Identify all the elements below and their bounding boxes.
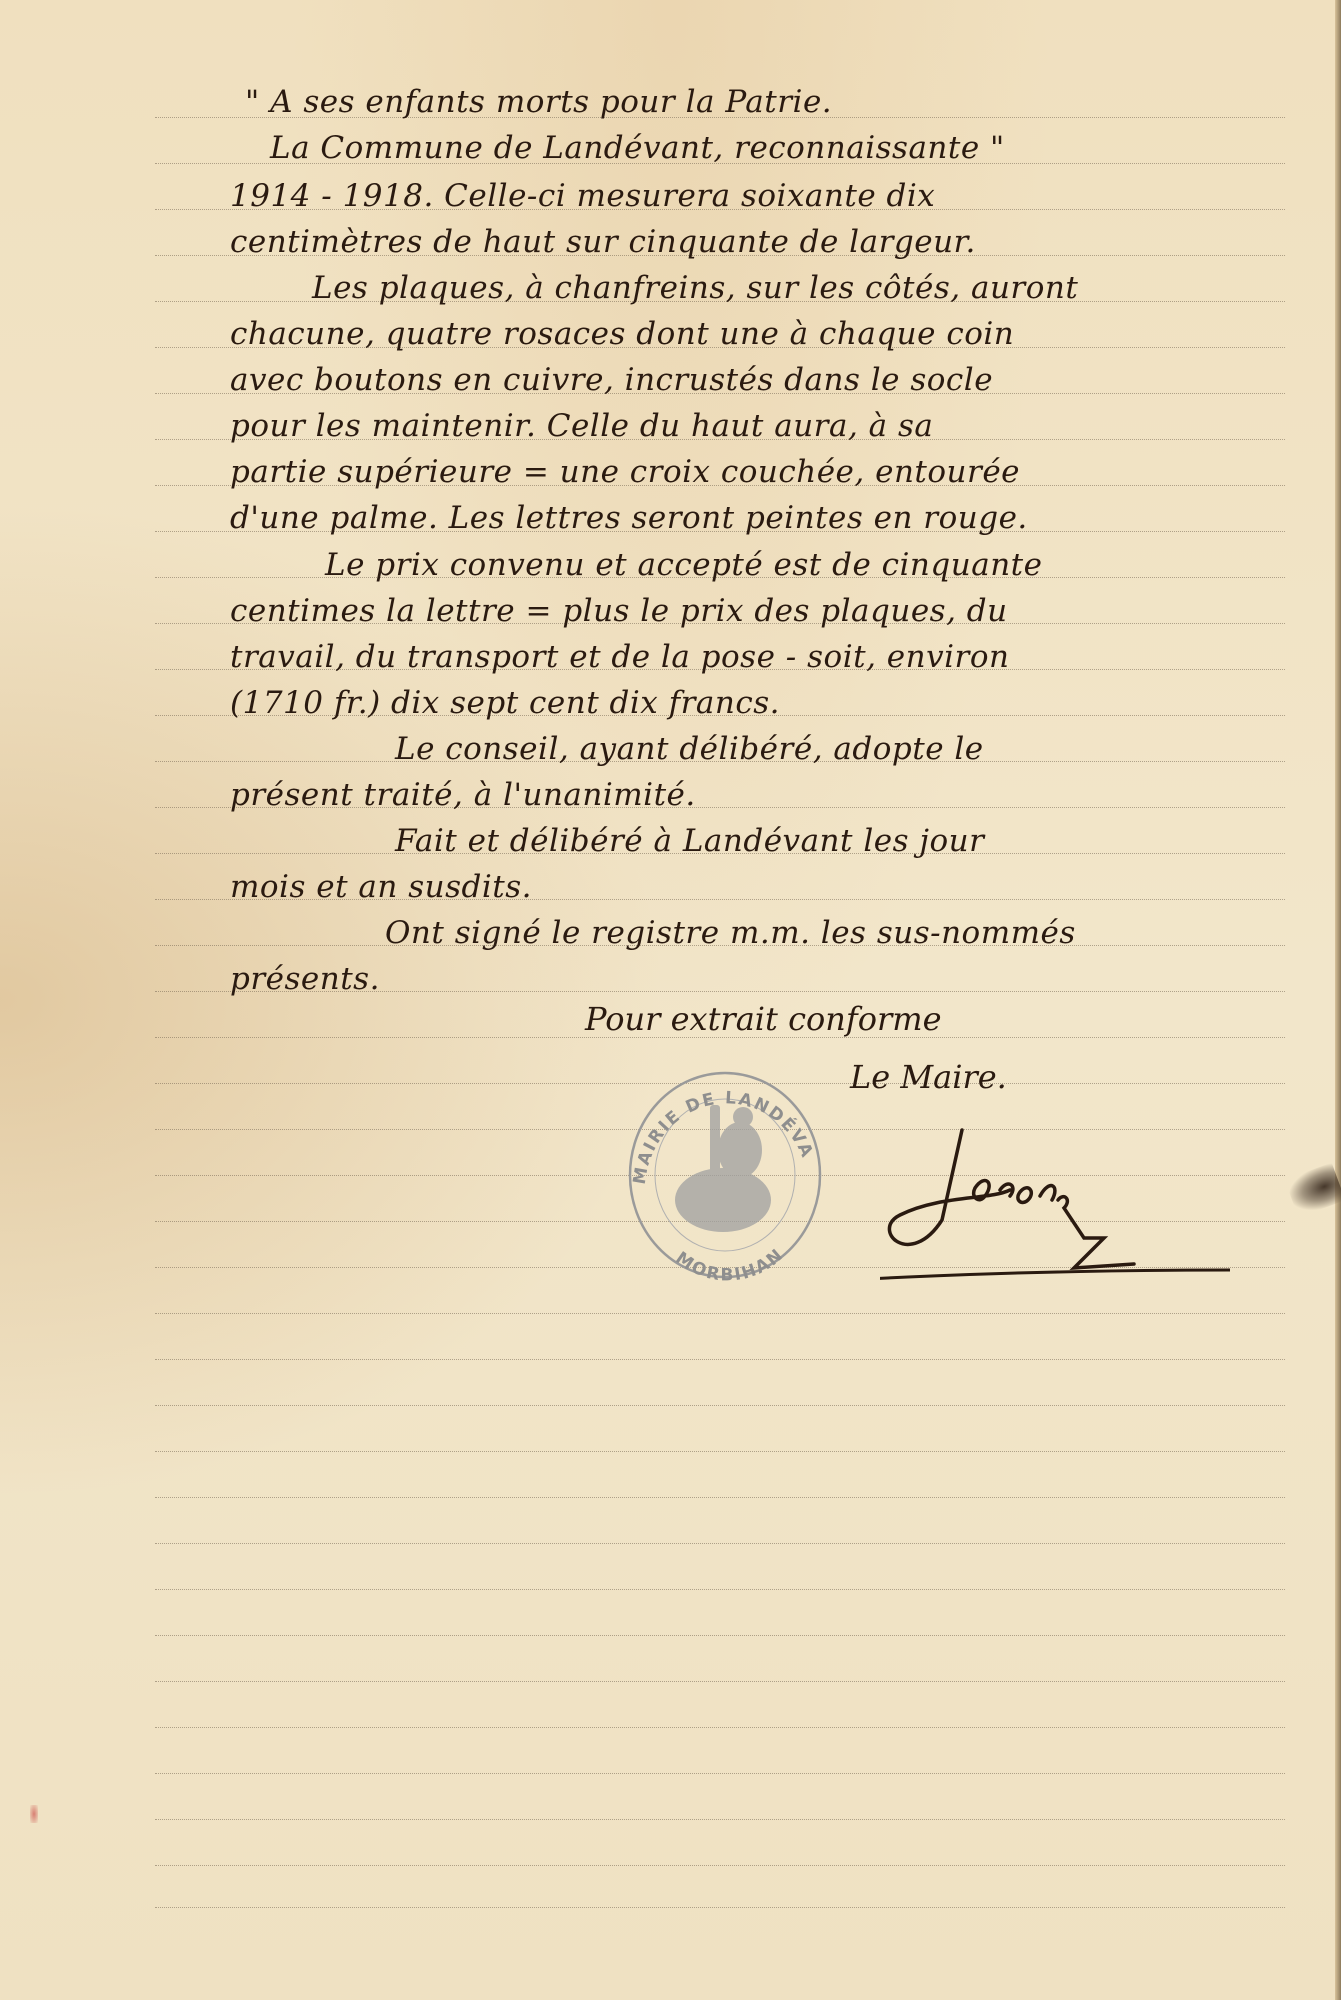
text-line: travail, du transport et de la pose - so… — [230, 637, 1009, 677]
text-line: avec boutons en cuivre, incrustés dans l… — [230, 360, 993, 400]
rule-line — [155, 1727, 1285, 1728]
rule-line — [155, 1451, 1285, 1452]
rule-line — [155, 1313, 1285, 1314]
red-stain — [30, 1805, 38, 1823]
rule-line — [155, 1819, 1285, 1820]
text-line: (1710 fr.) dix sept cent dix francs. — [230, 683, 780, 723]
text-line: Les plaques, à chanfreins, sur les côtés… — [312, 268, 1078, 308]
text-line: 1914 - 1918. Celle-ci mesurera soixante … — [230, 176, 935, 216]
rule-line — [155, 1589, 1285, 1590]
rule-line — [155, 1681, 1285, 1682]
text-line: partie supérieure = une croix couchée, e… — [230, 452, 1020, 492]
rule-line — [155, 1543, 1285, 1544]
text-line: " A ses enfants morts pour la Patrie. — [245, 82, 832, 122]
text-line: présents. — [230, 959, 380, 999]
page-edge — [1335, 0, 1341, 2000]
text-line: pour les maintenir. Celle du haut aura, … — [230, 406, 933, 446]
text-line: La Commune de Landévant, reconnaissante … — [270, 128, 1005, 168]
text-line: d'une palme. Les lettres seront peintes … — [230, 498, 1028, 538]
text-line: Le conseil, ayant délibéré, adopte le — [395, 729, 984, 769]
mairie-stamp-icon: MAIRIE DE LANDÉVANT MORBIHAN — [615, 1055, 835, 1285]
text-line: Fait et délibéré à Landévant les jour — [395, 821, 984, 861]
text-line: Ont signé le registre m.m. les sus-nommé… — [385, 913, 1076, 953]
certification-text: Pour extrait conforme — [585, 1000, 942, 1038]
text-line: centimètres de haut sur cinquante de lar… — [230, 222, 976, 262]
rule-line — [155, 1865, 1285, 1866]
mayor-signature-icon — [880, 1120, 1240, 1300]
rule-line — [155, 1635, 1285, 1636]
ink-smudge — [1285, 1163, 1341, 1218]
rule-line — [155, 1773, 1285, 1774]
text-line: présent traité, à l'unanimité. — [230, 775, 696, 815]
mayor-title: Le Maire. — [850, 1058, 1007, 1096]
rule-line — [155, 1405, 1285, 1406]
register-page: " A ses enfants morts pour la Patrie. La… — [0, 0, 1341, 2000]
rule-line — [155, 1907, 1285, 1908]
text-line: Le prix convenu et accepté est de cinqua… — [325, 545, 1042, 585]
text-line: mois et an susdits. — [230, 867, 532, 907]
rule-line — [155, 1359, 1285, 1360]
text-line: chacune, quatre rosaces dont une à chaqu… — [230, 314, 1014, 354]
rule-line — [155, 1497, 1285, 1498]
text-line: centimes la lettre = plus le prix des pl… — [230, 591, 1008, 631]
